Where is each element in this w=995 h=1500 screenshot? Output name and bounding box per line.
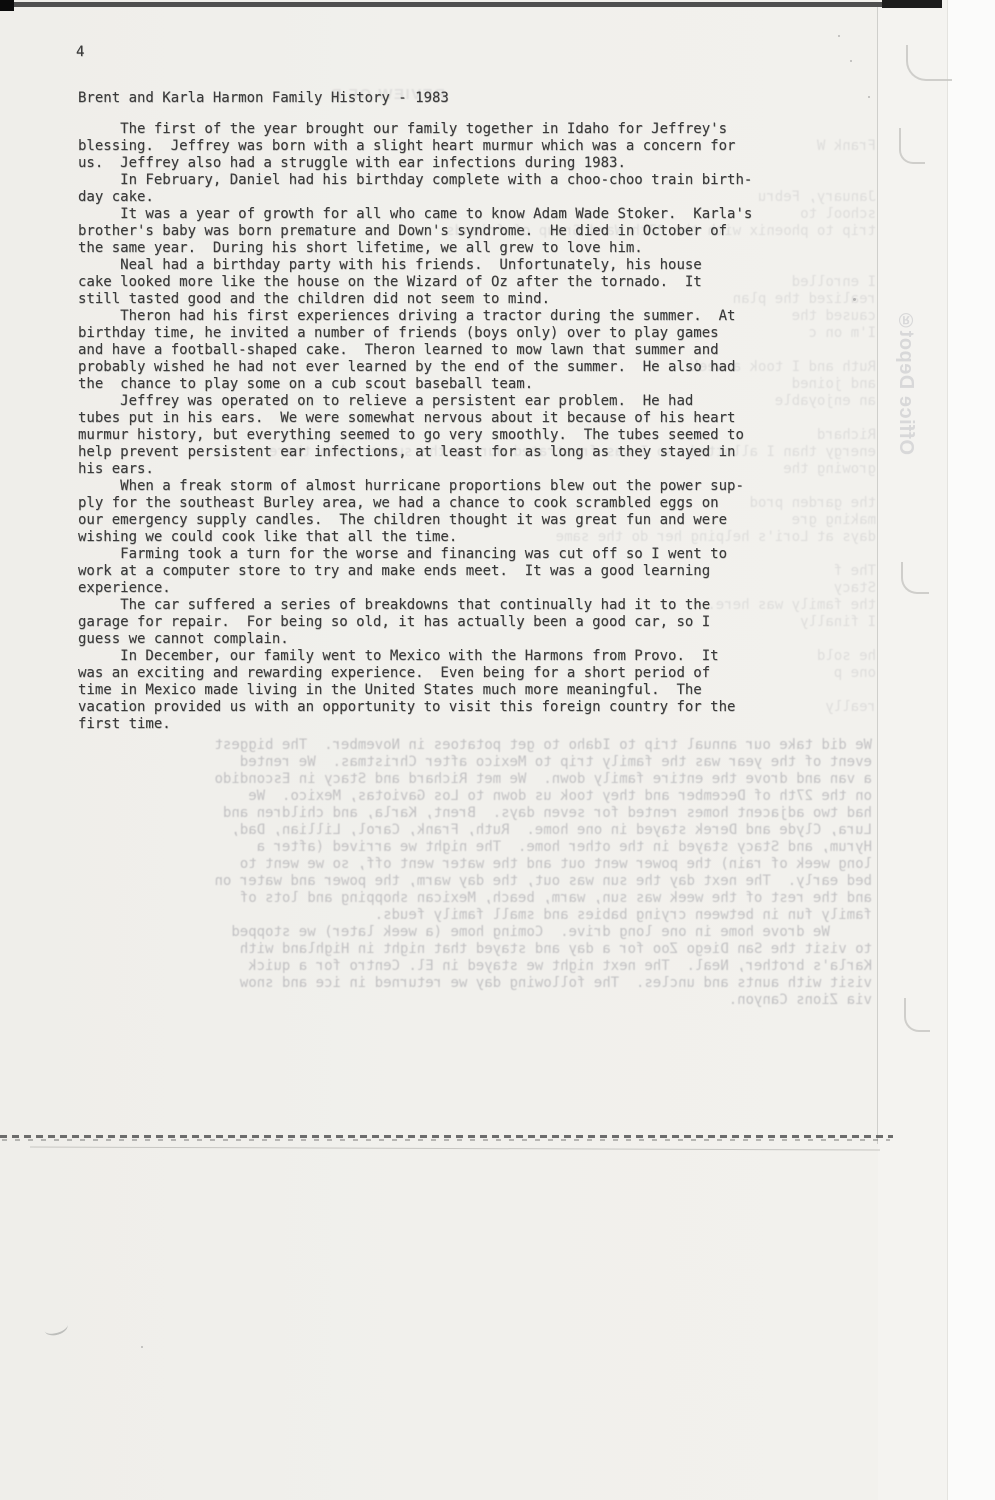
- top-scan-edge: [0, 2, 882, 7]
- paper-curl-mark: [906, 45, 952, 81]
- page-number: 4: [76, 44, 84, 61]
- crease-line: [30, 1147, 880, 1151]
- office-depot-watermark: Office Depot®: [894, 283, 917, 455]
- paper-curl-mark: [901, 562, 929, 594]
- paper-curl-mark: [899, 128, 925, 164]
- page-fold-line: [877, 6, 878, 1144]
- right-paper-strip: [878, 0, 947, 1500]
- dust-speck: [868, 96, 870, 98]
- dust-speck: [838, 35, 840, 37]
- document-body: The first of the year brought our family…: [78, 121, 752, 733]
- paper-curl-mark: [904, 998, 930, 1032]
- perforation-dotted-line: [0, 1135, 893, 1138]
- dust-speck: [141, 1346, 143, 1348]
- perforation-dotted-line-secondary: [2, 1139, 890, 1141]
- dust-speck: [850, 60, 852, 62]
- scanned-document-page: REVIEW OF B Frank W January, Febru schoo…: [0, 0, 995, 1500]
- scanner-bed-margin: [947, 0, 995, 1500]
- corner-scan-mark: [0, 0, 14, 11]
- pen-scan-mark: [42, 1317, 69, 1338]
- bleedthrough-lower-text: We did take our annual trip to Idaho to …: [88, 737, 872, 1009]
- top-scan-edge-dark: [882, 0, 942, 8]
- document-title: Brent and Karla Harmon Family History - …: [78, 90, 449, 107]
